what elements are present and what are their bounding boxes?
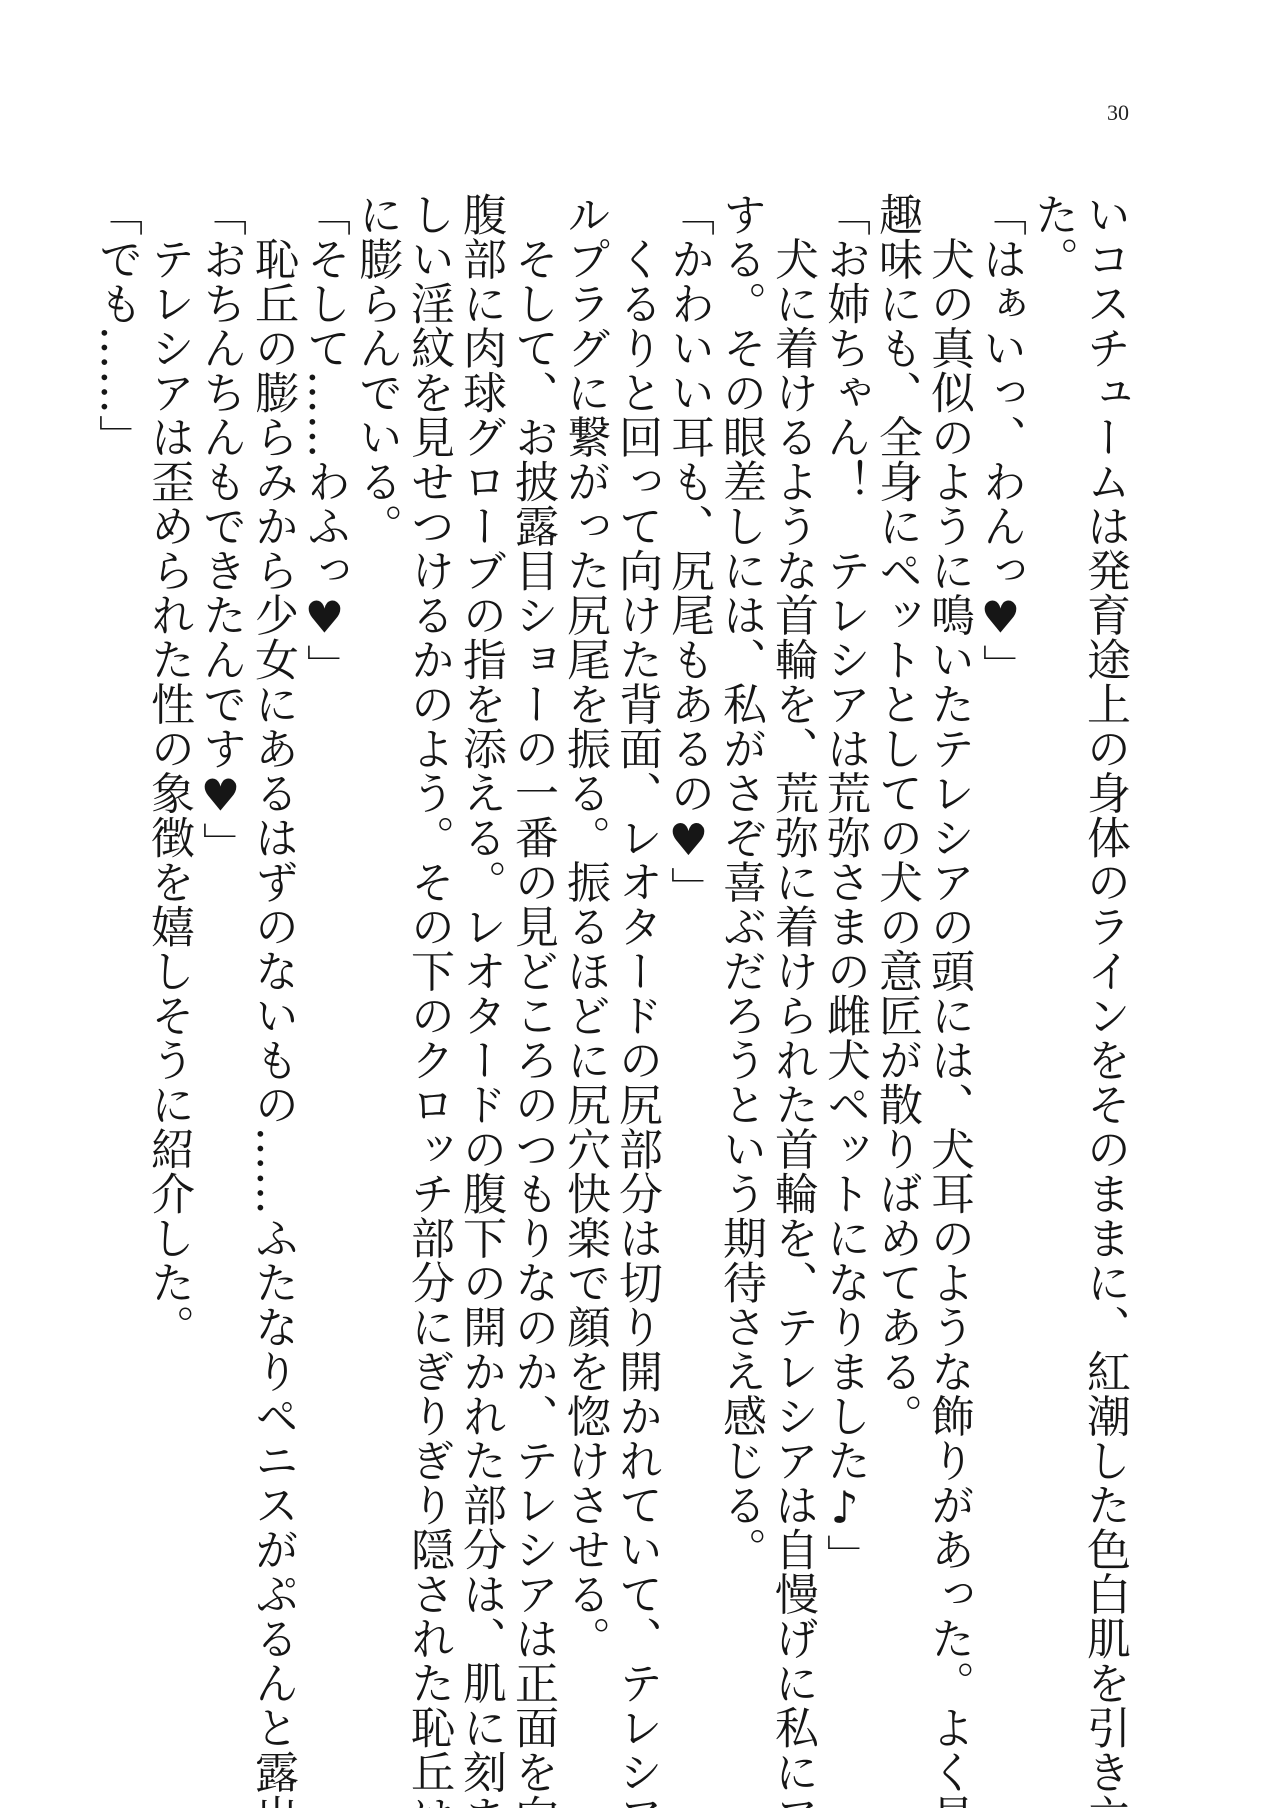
text-line: に膨らんでいる。: [350, 192, 402, 1752]
dialogue-line: 「おちんちんもできたんです♥」: [194, 192, 246, 1752]
text-line: する。その眼差しには、私がさぞ喜ぶだろうという期待さえ感じる。: [714, 192, 766, 1752]
text-line: しい淫紋を見せつけるかのよう。その下のクロッチ部分にぎりぎり隠された恥丘は、異様: [402, 192, 454, 1752]
text-line: 犬の真似のように鳴いたテレシアの頭には、犬耳のような飾りがあった。よく見れば悪: [922, 192, 974, 1752]
text-line: そして、お披露目ショーの一番の見どころのつもりなのか、テレシアは正面を向いて下: [506, 192, 558, 1752]
text-line: 腹部に肉球グローブの指を添える。レオタードの腹下の開かれた部分は、肌に刻まれた妖: [454, 192, 506, 1752]
text-line: くるりと回って向けた背面、レオタードの尻部分は切り開かれていて、テレシアはアナ: [610, 192, 662, 1752]
dialogue-line: 「はぁいっ、わんっ♥」: [974, 192, 1026, 1752]
text-line: いコスチュームは発育途上の身体のラインをそのままに、紅潮した色白肌を引き立ててい: [1078, 192, 1130, 1752]
vertical-text-body: いコスチュームは発育途上の身体のラインをそのままに、紅潮した色白肌を引き立ててい…: [90, 192, 1130, 1752]
text-line: ルプラグに繋がった尻尾を振る。振るほどに尻穴快楽で顔を惚けさせる。: [558, 192, 610, 1752]
page-number: 30: [1107, 100, 1129, 126]
text-line: 犬に着けるような首輪を、荒弥に着けられた首輪を、テレシアは自慢げに私にアピール: [766, 192, 818, 1752]
text-line: 趣味にも、全身にペットとしての犬の意匠が散りばめてある。: [870, 192, 922, 1752]
dialogue-line: 「かわいい耳も、尻尾もあるの♥」: [662, 192, 714, 1752]
text-line: テレシアは歪められた性の象徴を嬉しそうに紹介した。: [142, 192, 194, 1752]
dialogue-line: 「お姉ちゃん！ テレシアは荒弥さまの雌犬ペットになりました♪」: [818, 192, 870, 1752]
dialogue-line: 「そして……わふっ♥」: [298, 192, 350, 1752]
text-line: 恥丘の膨らみから少女にあるはずのないもの……ふたなりペニスがぷるんと露出した。: [246, 192, 298, 1752]
text-line: た。: [1026, 192, 1078, 1752]
dialogue-line: 「でも……」: [90, 192, 142, 1752]
